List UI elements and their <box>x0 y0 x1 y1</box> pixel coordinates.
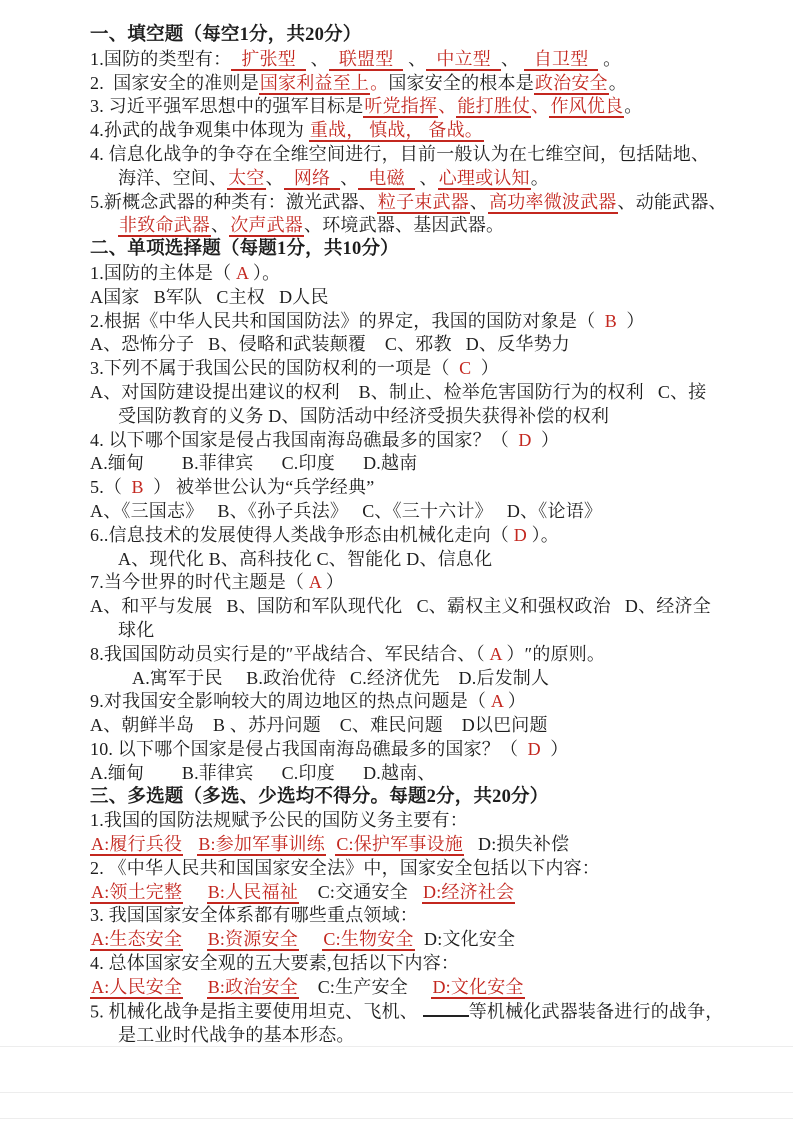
answer-text: 联盟型 <box>329 49 404 71</box>
text-segment: 8.我国国防动员实行是的″平战结合、军民结合、（ <box>90 644 490 664</box>
text-line: A、朝鲜半岛 B 、苏丹问题 C、难民问题 D以巴问题 <box>90 714 749 738</box>
exam-page: 一、填空题（每空1分，共20分）1.国防的类型有：扩张型 、联盟型 、中立型、 … <box>0 0 793 1122</box>
text-line: 受国防教育的义务 D、国防活动中经济受损失获得补偿的权利 <box>90 405 749 429</box>
answer-letter: C <box>459 358 471 378</box>
text-segment: 。 <box>624 96 642 116</box>
text-segment: ） <box>617 311 645 331</box>
text-segment: 二、单项选择题（每题1分，共10分） <box>90 239 399 259</box>
text-segment: 1.我国的国防法规赋予公民的国防义务主要有： <box>90 810 468 830</box>
answer-text: 能打胜仗 <box>456 96 531 118</box>
text-segment: 5.（ <box>90 477 132 497</box>
answer-text: A:领土完整 <box>90 882 183 904</box>
text-segment: 6..信息技术的发展使得人类战争形态由机械化走向（ <box>90 525 514 545</box>
text-segment: 、 <box>211 215 229 235</box>
text-segment: 等机械化武器装备进行的战争， <box>469 1001 724 1021</box>
text-segment <box>183 834 197 854</box>
text-line: 2.根据《中华人民共和国国防法》的界定，我国的国防对象是（ B ） <box>90 310 749 334</box>
text-line: A、对国防建设提出建议的权利 B、制止、检举危害国防行为的权利 C、接 <box>90 381 749 405</box>
text-segment: ） <box>541 739 569 759</box>
text-segment: 受国防教育的义务 D、国防活动中经济受损失获得补偿的权利 <box>118 406 609 426</box>
text-segment: 。 <box>598 49 621 69</box>
text-segment <box>183 977 207 997</box>
answer-letter: A <box>490 644 502 664</box>
answer-text: 作风优良 <box>549 96 624 118</box>
text-line: 5. 机械化战争是指主要使用坦克、飞机、 等机械化武器装备进行的战争， <box>90 1000 749 1024</box>
text-line: 海洋、空间、太空、网络、电磁 、心理或认知。 <box>90 167 749 191</box>
text-segment: 、 <box>266 168 284 188</box>
text-segment: 7.当今世界的时代主题是（ <box>90 572 309 592</box>
text-segment: D:文化安全 <box>415 929 516 949</box>
text-segment: 、环境武器、基因武器。 <box>304 215 504 235</box>
text-segment: ） <box>471 358 499 378</box>
text-line: 是工业时代战争的基本形态。 <box>90 1024 749 1048</box>
text-segment: A、现代化 B、高科技化 C、智能化 D、信息化 <box>118 549 492 569</box>
answer-text: 电磁 <box>358 168 414 190</box>
text-segment <box>183 882 207 902</box>
text-segment: 、 <box>501 49 524 69</box>
answer-text: B:资源安全 <box>207 929 299 951</box>
answer-letter: 、 <box>531 96 549 116</box>
answer-letter: B <box>605 311 617 331</box>
text-line: A国家 B军队 C主权 D人民 <box>90 286 749 310</box>
text-segment: 是工业时代战争的基本形态。 <box>118 1025 355 1045</box>
text-line: 3. 习近平强军思想中的强军目标是听党指挥、能打胜仗、作风优良。 <box>90 95 749 119</box>
text-line: A:履行兵役 B:参加军事训练 C:保护军事设施 D:损失补偿 <box>90 833 749 857</box>
text-segment: 3. 习近平强军思想中的强军目标是 <box>90 96 363 116</box>
answer-text: 听党指挥 <box>363 96 438 118</box>
text-segment: C:生产安全 <box>299 977 432 997</box>
text-segment: ） <box>503 691 526 711</box>
text-segment <box>326 834 335 854</box>
answer-text: 中立型 <box>426 49 501 71</box>
text-line: 8.我国国防动员实行是的″平战结合、军民结合、（ A ）″的原则。 <box>90 643 749 667</box>
answer-letter: A <box>491 691 503 711</box>
text-segment: A、对国防建设提出建议的权利 B、制止、检举危害国防行为的权利 C、接 <box>90 382 707 402</box>
blank-line <box>423 1000 469 1017</box>
text-line: 非致命武器、次声武器、环境武器、基因武器。 <box>90 214 749 238</box>
answer-letter: 。 <box>370 73 388 93</box>
text-segment: 9.对我国安全影响较大的周边地区的热点问题是（ <box>90 691 491 711</box>
text-segment: 1.国防的主体是（ <box>90 263 236 283</box>
text-line: A.缅甸 B.菲律宾 C.印度 D.越南、 <box>90 762 749 786</box>
text-line: A、现代化 B、高科技化 C、智能化 D、信息化 <box>90 548 749 572</box>
answer-letter: B <box>132 477 144 497</box>
text-segment: ） 被举世公认为“兵学经典” <box>144 477 375 497</box>
answer-letter: 、 <box>438 96 456 116</box>
text-segment: A国家 B军队 C主权 D人民 <box>90 287 329 307</box>
text-line: 球化 <box>90 619 749 643</box>
text-segment: 3. 我国国家安全体系都有哪些重点领域： <box>90 905 418 925</box>
answer-text: B:政治安全 <box>207 977 299 999</box>
text-segment: 、 <box>306 49 329 69</box>
text-segment: 3.下列不属于我国公民的国防权利的一项是（ <box>90 358 459 378</box>
answer-text: B:人民福祉 <box>207 882 299 904</box>
text-segment: 5.新概念武器的种类有：激光武器、 <box>90 192 377 212</box>
text-line: 5.（ B ） 被举世公认为“兵学经典” <box>90 476 749 500</box>
text-segment: A.寓军于民 B.政治优待 C.经济优先 D.后发制人 <box>132 668 549 688</box>
text-segment: 4. 以下哪个国家是侵占我国南海岛礁最多的国家？（ <box>90 430 518 450</box>
answer-text: 扩张型 <box>231 49 306 71</box>
text-line: 1.国防的主体是（ A ）。 <box>90 262 749 286</box>
answer-letter: A <box>236 263 248 283</box>
answer-text: A:履行兵役 <box>90 834 183 856</box>
text-segment: 一、填空题（每空1分，共20分） <box>90 25 361 45</box>
text-segment: 2. 国家安全的准则是 <box>90 73 259 93</box>
text-line: 1.国防的类型有：扩张型 、联盟型 、中立型、 自卫型 。 <box>90 48 749 72</box>
scan-artifact-line <box>0 1092 793 1093</box>
text-segment: A.缅甸 B.菲律宾 C.印度 D.越南、 <box>90 763 436 783</box>
text-line: 2. 国家安全的准则是国家利益至上。国家安全的根本是政治安全。 <box>90 72 749 96</box>
text-line: 9.对我国安全影响较大的周边地区的热点问题是（ A ） <box>90 690 749 714</box>
text-line: 2. 《中华人民共和国国家安全法》中，国家安全包括以下内容： <box>90 857 749 881</box>
answer-text: 自卫型 <box>524 49 599 71</box>
scan-artifact-line <box>0 1118 793 1119</box>
text-segment <box>299 929 323 949</box>
text-segment: 海洋、空间、 <box>118 168 227 188</box>
text-line: 3.下列不属于我国公民的国防权利的一项是（ C ） <box>90 357 749 381</box>
answer-text: 粒子束武器 <box>377 192 470 214</box>
answer-text: C:保护军事设施 <box>335 834 464 856</box>
text-line: A:人民安全 B:政治安全 C:生产安全 D:文化安全 <box>90 976 749 1000</box>
text-line: A、《三国志》 B、《孙子兵法》 C、《三十六计》 D、《论语》 <box>90 500 749 524</box>
section-heading: 三、多选题（多选、少选均不得分。每题2分，共20分） <box>90 786 749 810</box>
text-segment: ） <box>532 430 560 450</box>
text-line: 6..信息技术的发展使得人类战争形态由机械化走向（ D ）。 <box>90 524 749 548</box>
text-line: 4. 以下哪个国家是侵占我国南海岛礁最多的国家？（ D ） <box>90 429 749 453</box>
answer-text: 太空 <box>227 168 265 190</box>
answer-text: 重战， 慎战， 备战。 <box>309 120 484 142</box>
text-line: A.缅甸 B.菲律宾 C.印度 D.越南 <box>90 452 749 476</box>
text-segment: A、和平与发展 B、国防和军队现代化 C、霸权主义和强权政治 D、经济全 <box>90 596 711 616</box>
text-line: 4. 总体国家安全观的五大要素,包括以下内容： <box>90 952 749 976</box>
text-line: A:生态安全 B:资源安全 C:生物安全 D:文化安全 <box>90 928 749 952</box>
text-segment: ）。 <box>527 525 559 545</box>
answer-letter: D <box>518 430 531 450</box>
text-segment: 2. 《中华人民共和国国家安全法》中，国家安全包括以下内容： <box>90 858 600 878</box>
answer-letter: D <box>514 525 527 545</box>
text-segment: 、 <box>470 192 488 212</box>
text-segment: 国家安全的根本是 <box>388 73 534 93</box>
answer-text: 网络 <box>284 168 340 190</box>
text-line: 3. 我国国家安全体系都有哪些重点领域： <box>90 904 749 928</box>
text-segment: D:损失补偿 <box>464 834 569 854</box>
answer-text: 国家利益至上 <box>259 73 370 95</box>
text-segment: 、 <box>403 49 426 69</box>
text-segment: 。 <box>531 168 549 188</box>
answer-text: D:文化安全 <box>431 977 524 999</box>
answer-letter: D <box>528 739 541 759</box>
answer-text: 非致命武器 <box>118 215 211 237</box>
text-line: A:领土完整 B:人民福祉 C:交通安全 D:经济社会 <box>90 881 749 905</box>
text-line: A、和平与发展 B、国防和军队现代化 C、霸权主义和强权政治 D、经济全 <box>90 595 749 619</box>
scan-artifact-line <box>0 1046 793 1047</box>
text-segment: ）″的原则。 <box>502 644 605 664</box>
text-segment: 1.国防的类型有： <box>90 49 231 69</box>
text-segment: 10. 以下哪个国家是侵占我国南海岛礁最多的国家？（ <box>90 739 528 759</box>
answer-text: B:参加军事训练 <box>197 834 326 856</box>
text-line: 7.当今世界的时代主题是（ A ） <box>90 571 749 595</box>
text-line: A.寓军于民 B.政治优待 C.经济优先 D.后发制人 <box>90 667 749 691</box>
section-heading: 一、填空题（每空1分，共20分） <box>90 24 749 48</box>
text-segment: A、恐怖分子 B、侵略和武装颠覆 C、邪教 D、反华势力 <box>90 334 570 354</box>
answer-text: A:人民安全 <box>90 977 183 999</box>
text-segment: A.缅甸 B.菲律宾 C.印度 D.越南 <box>90 453 417 473</box>
answer-text: 高功率微波武器 <box>488 192 617 214</box>
text-segment: A、《三国志》 B、《孙子兵法》 C、《三十六计》 D、《论语》 <box>90 501 602 521</box>
answer-text: C:生物安全 <box>322 929 414 951</box>
text-segment: A、朝鲜半岛 B 、苏丹问题 C、难民问题 D以巴问题 <box>90 715 548 735</box>
text-line: A、恐怖分子 B、侵略和武装颠覆 C、邪教 D、反华势力 <box>90 333 749 357</box>
text-line: 1.我国的国防法规赋予公民的国防义务主要有： <box>90 809 749 833</box>
answer-text: 政治安全 <box>534 73 609 95</box>
text-line: 5.新概念武器的种类有：激光武器、粒子束武器、高功率微波武器、动能武器、 <box>90 191 749 215</box>
text-segment: 4. 总体国家安全观的五大要素,包括以下内容： <box>90 953 459 973</box>
text-segment <box>183 929 207 949</box>
answer-text: 次声武器 <box>229 215 304 237</box>
answer-text: 心理或认知 <box>438 168 531 190</box>
text-segment: 、动能武器、 <box>618 192 727 212</box>
text-segment: 。 <box>609 73 627 93</box>
answer-letter: A <box>309 572 321 592</box>
text-line: 10. 以下哪个国家是侵占我国南海岛礁最多的国家？（ D ） <box>90 738 749 762</box>
text-segment: ） <box>321 572 344 592</box>
text-segment: 三、多选题（多选、少选均不得分。每题2分，共20分） <box>90 787 548 807</box>
text-segment: 2.根据《中华人民共和国国防法》的界定，我国的国防对象是（ <box>90 311 605 331</box>
text-segment: 、 <box>340 168 358 188</box>
text-line: 4.孙武的战争观集中体现为 重战， 慎战， 备战。 <box>90 119 749 143</box>
text-line: 4. 信息化战争的争夺在全维空间进行，目前一般认为在七维空间，包括陆地、 <box>90 143 749 167</box>
text-segment: 、 <box>415 168 438 188</box>
text-segment: 球化 <box>118 620 154 640</box>
text-segment: ）。 <box>248 263 280 283</box>
text-segment: 4.孙武的战争观集中体现为 <box>90 120 309 140</box>
text-segment: 4. 信息化战争的争夺在全维空间进行，目前一般认为在七维空间，包括陆地、 <box>90 144 709 164</box>
text-segment: 5. 机械化战争是指主要使用坦克、飞机、 <box>90 1001 423 1021</box>
answer-text: A:生态安全 <box>90 929 183 951</box>
answer-text: D:经济社会 <box>422 882 515 904</box>
text-segment: C:交通安全 <box>299 882 422 902</box>
section-heading: 二、单项选择题（每题1分，共10分） <box>90 238 749 262</box>
